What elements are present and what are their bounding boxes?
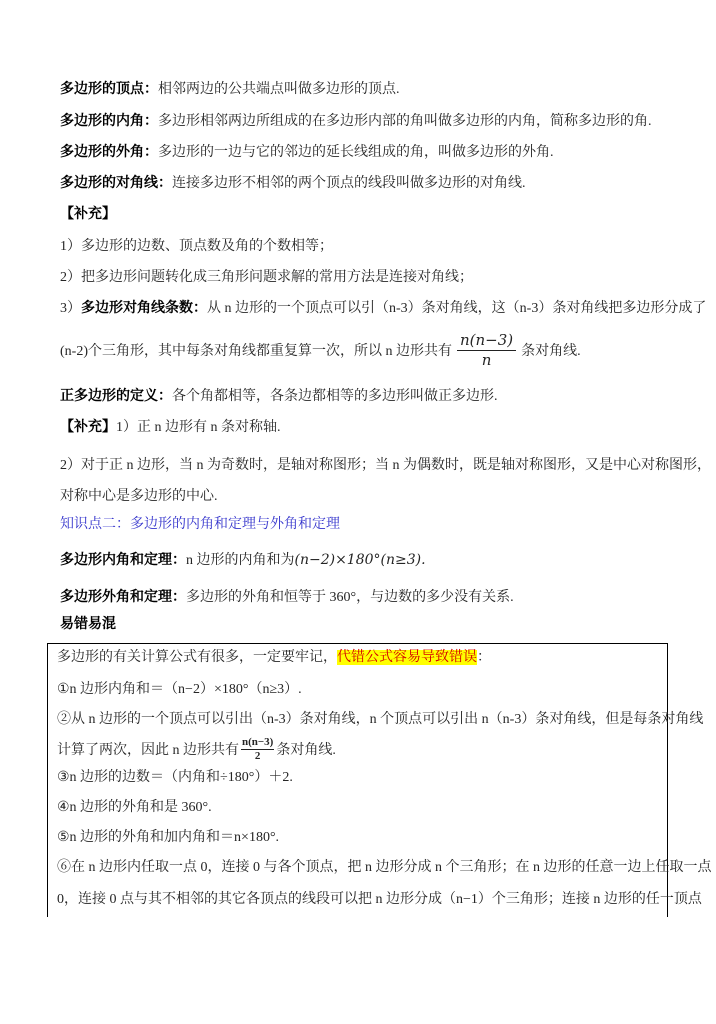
box-item-2-line2: 计算了两次，因此 n 边形共有n(n−3)2条对角线. [57,736,336,762]
box-intro-tail: ： [477,650,491,665]
knowledge-point-2-heading: 知识点二：多边形的内角和定理与外角和定理 [60,515,340,535]
supplement-title-text: 【补充】 [60,420,116,435]
definition-label: 正多边形的定义： [60,389,172,404]
document-page: 多边形的顶点：相邻两边的公共端点叫做多边形的顶点. 多边形的内角：多边形相邻两边… [0,0,716,1024]
definition-text: 各个角都相等，各条边都相等的多边形叫做正多边形. [172,389,498,404]
exterior-angle-theorem: 多边形外角和定理：多边形的外角和恒等于 360°，与边数的多少没有关系. [60,588,514,608]
interior-angle-theorem: 多边形内角和定理：n 边形的内角和为(n−2)×180°(n≥3). [60,550,426,570]
definition-line-exterior-angle: 多边形的外角：多边形的一边与它的邻边的延长线组成的角，叫做多边形的外角. [60,143,554,163]
box-item-4: ④n 边形的外角和是 360°. [57,798,212,818]
interior-angle-formula: (n−2)×180°(n≥3). [295,552,426,568]
supplement-title-text: 【补充】 [60,207,116,222]
box-item-3: ③n 边形的边数＝（内角和÷180°）＋2. [57,768,293,788]
item-number: 3） [60,301,81,316]
fraction-denominator: n [482,351,492,370]
supplement1-item1: 1）多边形的边数、顶点数及角的个数相等； [60,237,333,257]
fraction-numerator: n(n−3) [457,331,516,351]
definition-line-diagonal: 多边形的对角线：连接多边形不相邻的两个顶点的线段叫做多边形的对角线. [60,174,526,194]
definition-line-interior-angle: 多边形的内角：多边形相邻两边所组成的在多边形内部的角叫做多边形的内角，简称多边形… [60,112,652,132]
box-item-5: ⑤n 边形的外角和加内角和＝n×180°. [57,828,279,848]
definition-text: 多边形的一边与它的邻边的延长线组成的角，叫做多边形的外角. [158,145,554,160]
fraction-denominator: 2 [255,750,261,762]
box-intro-text: 多边形的有关计算公式有很多，一定要牢记， [57,650,337,665]
item-text-tail: 条对角线. [276,739,336,759]
item-text: 计算了两次，因此 n 边形共有 [57,739,239,759]
confusion-section-title: 易错易混 [60,615,116,635]
theorem-label: 多边形外角和定理： [60,590,186,605]
box-intro-line: 多边形的有关计算公式有很多，一定要牢记，代错公式容易导致错误： [57,648,491,668]
supplement2-item1: 【补充】1）正 n 边形有 n 条对称轴. [60,418,281,438]
item-text-tail: 条对角线. [521,340,581,360]
theorem-text: 多边形的外角和恒等于 360°，与边数的多少没有关系. [186,590,514,605]
box-item-6-line1: ⑥在 n 边形内任取一点 0，连接 0 与各个顶点，把 n 边形分成 n 个三角… [57,858,712,878]
definition-line-vertex: 多边形的顶点：相邻两边的公共端点叫做多边形的顶点. [60,80,400,100]
diagonal-count-label: 多边形对角线条数： [81,301,207,316]
supplement1-item3: 3）多边形对角线条数：从 n 边形的一个顶点可以引（n-3）条对角线，这（n-3… [60,299,706,319]
supplement2-item2-line1: 2）对于正 n 边形，当 n 为奇数时，是轴对称图形；当 n 为偶数时，既是轴对… [60,456,711,476]
definition-text: 多边形相邻两边所组成的在多边形内部的角叫做多边形的内角，简称多边形的角. [158,114,652,129]
fraction-numerator: n(n−3) [241,736,274,749]
regular-polygon-definition: 正多边形的定义：各个角都相等，各条边都相等的多边形叫做正多边形. [60,387,498,407]
highlighted-warning-text: 代错公式容易导致错误 [337,650,477,665]
knowledge-point-label: 知识点二： [60,517,130,532]
definition-text: 连接多边形不相邻的两个顶点的线段叫做多边形的对角线. [172,176,526,191]
item-text: 1）正 n 边形有 n 条对称轴. [116,420,281,435]
box-item-6-line2: 0，连接 0 点与其不相邻的其它各顶点的线段可以把 n 边形分成（n−1）个三角… [57,890,702,910]
supplement1-item2: 2）把多边形问题转化成三角形问题求解的常用方法是连接对角线； [60,268,473,288]
supplement1-item3-continued: (n-2)个三角形，其中每条对角线都重复算一次，所以 n 边形共有n(n−3)n… [60,328,581,372]
definition-text: 相邻两边的公共端点叫做多边形的顶点. [158,82,400,97]
diagonal-count-fraction-small: n(n−3)2 [241,736,274,761]
definition-label: 多边形的外角： [60,145,158,160]
knowledge-point-title: 多边形的内角和定理与外角和定理 [130,517,340,532]
item-text: 从 n 边形的一个顶点可以引（n-3）条对角线，这（n-3）条对角线把多边形分成… [207,301,706,316]
confusion-title-text: 易错易混 [60,617,116,632]
supplement2-item2-line2: 对称中心是多边形的中心. [60,487,218,507]
supplement1-title: 【补充】 [60,205,116,225]
box-item-1: ①n 边形内角和＝（n−2）×180°（n≥3）. [57,680,302,700]
item-text: (n-2)个三角形，其中每条对角线都重复算一次，所以 n 边形共有 [60,340,452,360]
theorem-label: 多边形内角和定理： [60,553,186,568]
definition-label: 多边形的内角： [60,114,158,129]
diagonal-count-fraction: n(n−3)n [457,331,516,370]
box-item-2-line1: ②从 n 边形的一个顶点可以引出（n-3）条对角线，n 个顶点可以引出 n（n-… [57,710,703,730]
definition-label: 多边形的对角线： [60,176,172,191]
definition-label: 多边形的顶点： [60,82,158,97]
theorem-text: n 边形的内角和为 [186,553,295,568]
